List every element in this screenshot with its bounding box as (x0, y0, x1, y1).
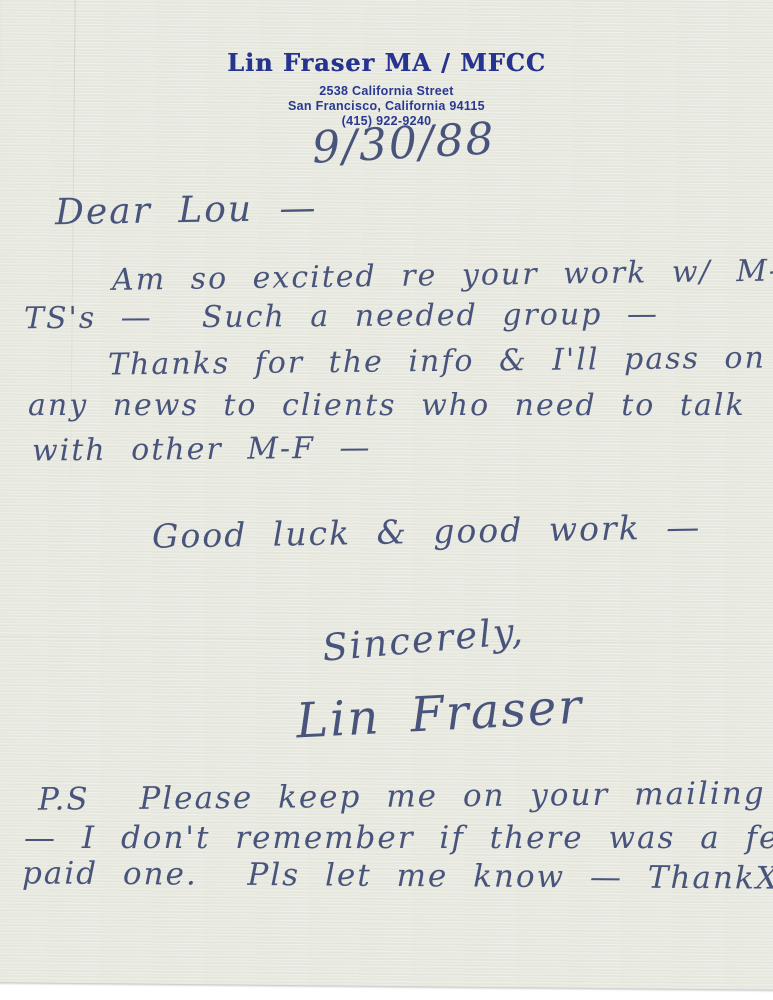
body-line: any news to clients who need to talk (28, 388, 746, 423)
letterhead-address-line2: San Francisco, California 94115 (0, 99, 773, 114)
salutation: Dear Lou — (55, 188, 318, 234)
body-line: Thanks for the info & I'll pass on (108, 341, 766, 383)
letterhead-address-line1: 2538 California Street (0, 84, 773, 99)
handwritten-date: 9/30/88 (311, 113, 497, 174)
paper-left-edge-shade (0, 0, 3, 982)
postscript-line: — I don't remember if there was a fee or… (24, 820, 773, 856)
postscript-line: P.S Please keep me on your mailing list … (38, 774, 773, 818)
body-line: with other M-F — (32, 431, 372, 469)
scanned-letter-page: { "document": { "type": "handwritten-let… (0, 0, 773, 1000)
letterhead-name: Lin Fraser MA / MFCC (0, 48, 773, 77)
letterhead: Lin Fraser MA / MFCC 2538 California Str… (0, 48, 773, 129)
postscript-line: paid one. Pls let me know — ThankX (22, 855, 773, 896)
body-line: TS's — Such a needed group — (24, 297, 659, 336)
